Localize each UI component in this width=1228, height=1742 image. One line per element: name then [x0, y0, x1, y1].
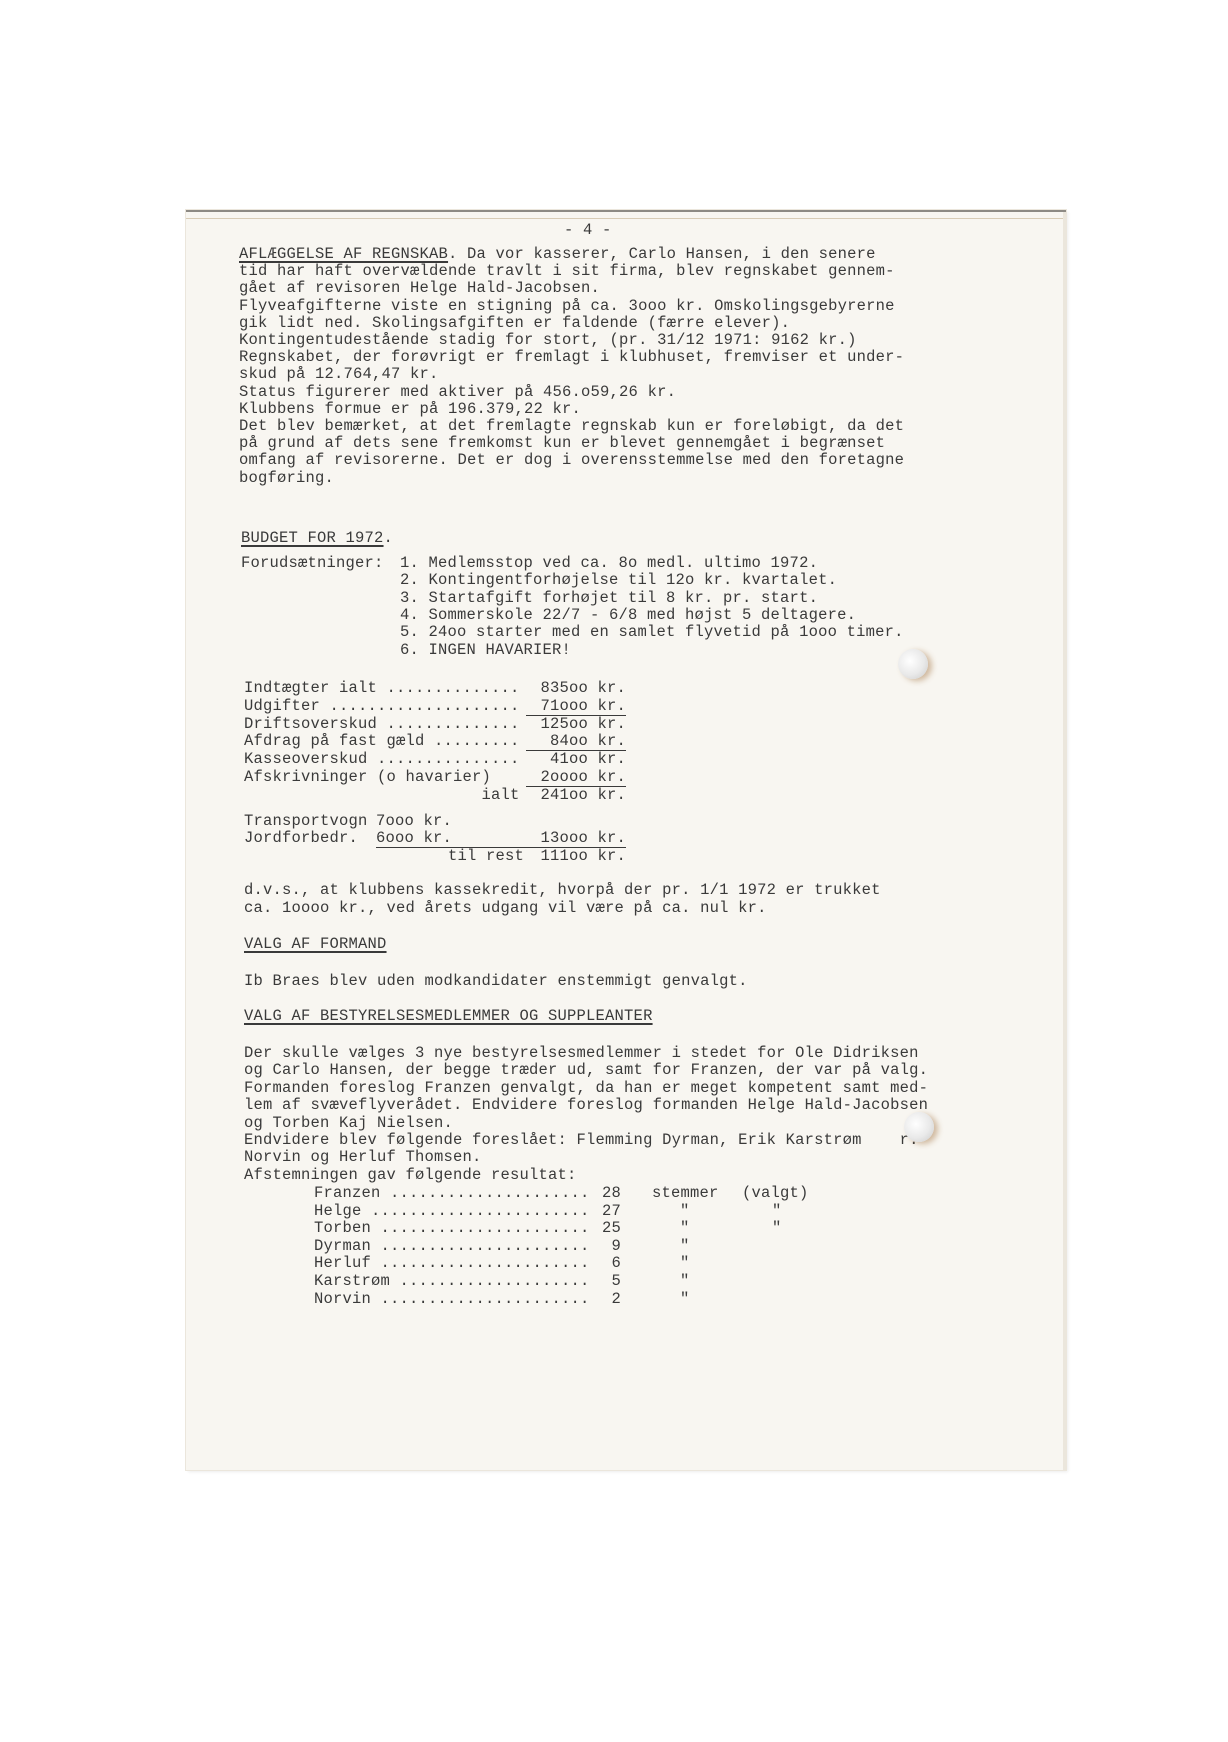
sum-rule [526, 786, 626, 787]
vote-count: 6 [602, 1255, 621, 1271]
investments-total: 13ooo kr. [530, 830, 626, 846]
vote-count: 2 [602, 1291, 621, 1307]
vote-note: " [772, 1203, 782, 1219]
budget-row-amount: 125oo kr. [530, 716, 626, 732]
vote-candidate: Herluf ...................... [314, 1255, 590, 1271]
vote-note: " [772, 1220, 782, 1236]
body-line: gik lidt ned. Skolingsafgiften er falden… [239, 315, 790, 331]
body-line: Flyveafgifterne viste en stigning på ca.… [239, 298, 895, 314]
sum-rule [526, 750, 626, 751]
body-line: Der skulle vælges 3 nye bestyrelsesmedle… [244, 1045, 919, 1061]
page-number: - 4 - [564, 222, 612, 238]
section-budget: BUDGET FOR 1972. [241, 530, 393, 546]
vote-count: 25 [602, 1220, 621, 1236]
vote-unit: stemmer [652, 1185, 719, 1201]
body-line: og Torben Kaj Nielsen. [244, 1115, 453, 1131]
budget-row-amount: 41oo kr. [530, 751, 626, 767]
vote-count: 27 [602, 1203, 621, 1219]
punch-hole [904, 1112, 934, 1142]
budget-row-amount: 71ooo kr. [530, 698, 626, 714]
budget-row-label: Afdrag på fast gæld ......... [244, 733, 520, 749]
budget-row-label: ialt [244, 787, 520, 803]
body-line: Endvidere blev følgende foreslået: Flemm… [244, 1132, 919, 1148]
punch-hole [898, 649, 928, 679]
heading-bestyrelse: VALG AF BESTYRELSESMEDLEMMER OG SUPPLEAN… [244, 1008, 653, 1024]
heading-punct: . [384, 529, 394, 547]
budget-row-amount: 84oo kr. [530, 733, 626, 749]
budget-conclusion-1: d.v.s., at klubbens kassekredit, hvorpå … [244, 882, 881, 898]
vote-count: 5 [602, 1273, 621, 1289]
heading-budget: BUDGET FOR 1972 [241, 529, 384, 547]
body-line: skud på 12.764,47 kr. [239, 366, 439, 382]
investment-label: Jordforbedr. [244, 830, 358, 846]
typed-document-page: - 4 - AFLÆGGELSE AF REGNSKAB. Da vor kas… [186, 210, 1066, 1470]
assumption-item: 2. Kontingentforhøjelse til 12o kr. kvar… [400, 572, 837, 588]
body-line: . Da vor kasserer, Carlo Hansen, i den s… [448, 245, 876, 263]
budget-row-amount: 835oo kr. [530, 680, 626, 696]
assumption-item: 6. INGEN HAVARIER! [400, 642, 571, 658]
vote-candidate: Norvin ...................... [314, 1291, 590, 1307]
body-line: Kontingentudestående stadig for stort, (… [239, 332, 857, 348]
body-line: Afstemningen gav følgende resultat: [244, 1167, 577, 1183]
assumption-item: 3. Startafgift forhøjet til 8 kr. pr. st… [400, 590, 818, 606]
body-line: Det blev bemærket, at det fremlagte regn… [239, 418, 904, 434]
vote-candidate: Helge ....................... [314, 1203, 590, 1219]
body-line: Status figurerer med aktiver på 456.o59,… [239, 384, 676, 400]
vote-candidate: Torben ...................... [314, 1220, 590, 1236]
section-regnskab: AFLÆGGELSE AF REGNSKAB. Da vor kasserer,… [239, 246, 876, 262]
vote-count: 28 [602, 1185, 621, 1201]
body-line: Formanden foreslog Franzen genvalgt, da … [244, 1080, 928, 1096]
heading-regnskab: AFLÆGGELSE AF REGNSKAB [239, 245, 448, 263]
assumption-item: 5. 24oo starter med en samlet flyvetid p… [400, 624, 904, 640]
remainder-amount: 111oo kr. [530, 848, 626, 864]
vote-note: (valgt) [742, 1185, 809, 1201]
budget-conclusion-2: ca. 1oooo kr., ved årets udgang vil være… [244, 900, 767, 916]
heading-formand: VALG AF FORMAND [244, 936, 387, 952]
budget-row-amount: 2oooo kr. [530, 769, 626, 785]
body-line: omfang af revisorerne. Det er dog i over… [239, 452, 904, 468]
budget-row-label: Driftsoverskud .............. [244, 716, 520, 732]
investment-label: Transportvogn [244, 813, 368, 829]
budget-row-label: Udgifter .................... [244, 698, 520, 714]
budget-row-label: Afskrivninger (o havarier) [244, 769, 520, 785]
budget-row-label: Kasseoverskud ............... [244, 751, 520, 767]
budget-row-amount: 241oo kr. [530, 787, 626, 803]
assumption-item: 1. Medlemsstop ved ca. 8o medl. ultimo 1… [400, 555, 818, 571]
body-line: tid har haft overvældende travlt i sit f… [239, 263, 895, 279]
vote-unit: " [680, 1238, 690, 1254]
body-line: gået af revisoren Helge Hald-Jacobsen. [239, 280, 600, 296]
vote-candidate: Dyrman ...................... [314, 1238, 590, 1254]
investment-amount: 6ooo kr. [376, 830, 452, 846]
vote-unit: " [680, 1291, 690, 1307]
assumptions-label: Forudsætninger: [241, 555, 384, 571]
vote-unit: " [680, 1255, 690, 1271]
body-line: og Carlo Hansen, der begge træder ud, sa… [244, 1062, 928, 1078]
body-line: på grund af dets sene fremkomst kun er b… [239, 435, 885, 451]
body-line: lem af svæveflyverådet. Endvidere foresl… [244, 1097, 928, 1113]
remainder-label: til rest [448, 848, 524, 864]
vote-count: 9 [602, 1238, 621, 1254]
assumption-item: 4. Sommerskole 22/7 - 6/8 med højst 5 de… [400, 607, 856, 623]
body-line: bogføring. [239, 470, 334, 486]
body-line: Klubbens formue er på 196.379,22 kr. [239, 401, 581, 417]
vote-unit: " [680, 1273, 690, 1289]
body-line: Norvin og Herluf Thomsen. [244, 1149, 482, 1165]
budget-row-label: Indtægter ialt .............. [244, 680, 520, 696]
body-line: Regnskabet, der forøvrigt er fremlagt i … [239, 349, 904, 365]
vote-candidate: Franzen ..................... [314, 1185, 590, 1201]
formand-result: Ib Braes blev uden modkandidater enstemm… [244, 973, 748, 989]
investment-amount: 7ooo kr. [376, 813, 452, 829]
vote-unit: " [680, 1203, 690, 1219]
sum-rule [526, 715, 626, 716]
vote-unit: " [680, 1220, 690, 1236]
vote-candidate: Karstrøm .................... [314, 1273, 590, 1289]
